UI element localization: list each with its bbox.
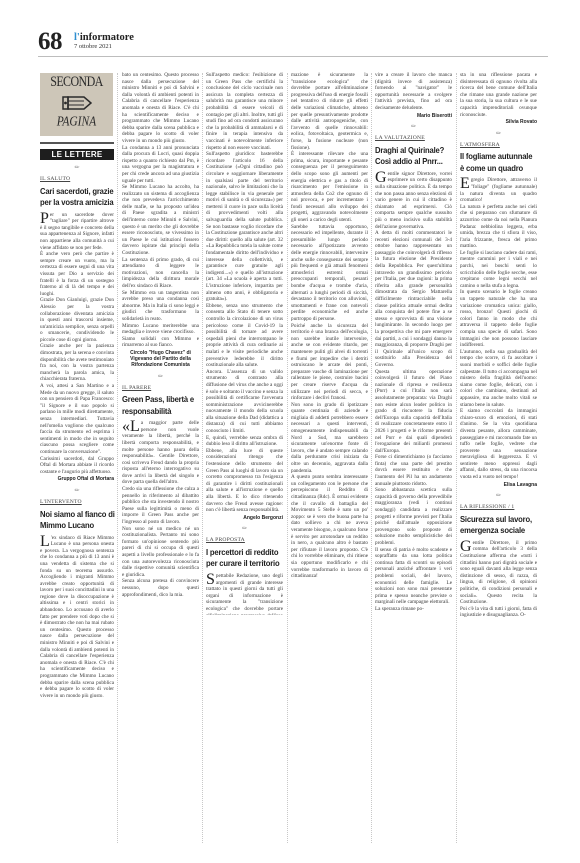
article-body: E, quindi, verrebbe senza ombra di dubbi…	[206, 435, 283, 448]
article-kicker: LA PROPOSTA	[206, 537, 283, 544]
article-body-clip: L'ex sindaco di Riace Mimmo Lucano è una…	[40, 535, 114, 795]
article-body: Le foglie si lasciano cadere dai rami, m…	[460, 250, 537, 290]
article-body: Carissimi sacerdoti, dal Gruppo Oftal di…	[40, 456, 114, 476]
article-body: Credo sia una riflessione che calza a pe…	[122, 486, 199, 526]
article-body: Poi c'è la vita di tutti i giorni, fatta…	[460, 606, 537, 619]
drop-cap: P	[40, 213, 49, 225]
article-body: «La maggior parte delle persone non vuol…	[122, 420, 199, 486]
article-kicker: LA VALUTAZIONE	[375, 135, 452, 142]
article-body: Sull'aspetto giuridico: basterebbe ricor…	[206, 151, 283, 303]
article-body: Gentile signor Direttore, vorrei esprime…	[375, 171, 452, 230]
article-body: Gentile Direttore, il primo comma dell'a…	[460, 540, 537, 606]
article-body: Per un sacerdote dover "tagliare" per ri…	[40, 212, 114, 252]
article-signature: Gruppo Oftal di Mortara	[40, 476, 114, 483]
issue-date: 7 ottobre 2021	[74, 43, 112, 50]
pencil-icon: ✏	[122, 374, 199, 380]
drop-cap: «L	[122, 421, 140, 433]
article-body: Non sono in grado di ipotizzare quante c…	[291, 402, 368, 475]
article-signature: Angelo Bergonzi	[206, 515, 283, 522]
article-body: Se Mimmo Lucano ha accolto, ha realizzat…	[122, 184, 199, 257]
column-divider	[287, 73, 288, 843]
article-body: Questa ultima operazione coinvolgerà il …	[375, 369, 452, 455]
article-body: In questo scenario le foglie creano un t…	[460, 289, 537, 348]
article-headline: I percettori di reddito per curare il te…	[206, 547, 283, 570]
drop-cap: E	[460, 178, 470, 190]
article-body: È anche vero però che partire è sempre c…	[40, 251, 114, 297]
column-6: sta in una riflessione pacata e disinter…	[460, 72, 537, 619]
box-title-top: SECONDA	[40, 77, 113, 85]
article-body: Non sono né un medico né un costituziona…	[122, 526, 199, 579]
column-3: Sull'aspetto medico: l'esibizione di un …	[206, 72, 283, 615]
article-body: Sull'aspetto medico: l'esibizione di un …	[206, 72, 283, 151]
seconda-pagina-box: SECONDA PAGINA	[40, 73, 113, 136]
page-number: 68	[38, 30, 62, 54]
article-body: E siamo coccolati da immagini chiaro-scu…	[460, 408, 537, 481]
article-body: Mimmo Lucano meriterebbe una medaglia e …	[122, 323, 199, 336]
article-body: Grazie anche per la pazienza dimostrata,…	[40, 343, 114, 383]
drop-cap: L	[40, 536, 50, 548]
section-label-le-lettere: LE LETTERE	[40, 149, 114, 160]
article-signature: Silvia Rovato	[460, 119, 537, 126]
article-body: mazione è sicuramente la "transizione ec…	[291, 72, 368, 151]
pencil-icon: ✏	[460, 131, 537, 137]
drop-cap: G	[375, 172, 387, 184]
article-body: bato un centesimo. Questo processo nasce…	[122, 72, 199, 145]
article-body: La natura è perfetta anche nei cieli che…	[460, 204, 537, 250]
article-body: Siamo solidali con Mimmo e rimarremo al …	[122, 336, 199, 349]
article-body: Il senso di patria è molto scadente e so…	[375, 547, 452, 606]
article-headline: Draghi al Quirinale? Così addio al Pnrr.…	[375, 145, 452, 168]
article-body: Grazie Don Gianluigi, grazie Don Alessio…	[40, 297, 114, 343]
column-4: mazione è sicuramente la "transizione ec…	[291, 72, 368, 847]
pencil-icon: ✏	[40, 488, 114, 494]
pencil-icon	[62, 95, 92, 111]
article-body: Ancora. L'assenza di un valido strumento…	[206, 369, 283, 435]
article-body: Sono abbastanza scettica sulla capacità …	[375, 487, 452, 546]
article-body: È interessante rilevare che una prima, s…	[291, 151, 368, 224]
article-body: Forse ci dimentichiamo (o facciamo finta…	[375, 454, 452, 487]
column-divider	[371, 73, 372, 843]
column-divider	[202, 73, 203, 843]
column-5: vire a creare il lavoro che manca (digni…	[375, 72, 452, 831]
article-body: vire a creare il lavoro che manca (digni…	[375, 72, 452, 112]
article-body: L'ex sindaco di Riace Mimmo Lucano è una…	[40, 535, 114, 700]
article-body: Ebbene, senza uno strumento che consenta…	[206, 303, 283, 369]
article-signature: Mario Biserotti	[375, 113, 452, 120]
article-headline: Noi siamo al fianco di Mimmo Lucano	[40, 509, 117, 532]
article-signature: Elisa Lavagna	[460, 482, 537, 489]
drop-cap: S	[206, 574, 215, 586]
column-2: bato un centesimo. Questo processo nasce…	[122, 72, 199, 598]
pencil-icon: ✏	[460, 493, 537, 499]
article-body: La speranza rimane po-	[375, 606, 452, 613]
article-body: sta in una riflessione pacata e disinter…	[460, 72, 537, 118]
article-body-clip: Gentile signor Direttore, vorrei esprime…	[375, 171, 452, 831]
article-body: Spettabile Redazione, uno degli argoment…	[206, 573, 283, 615]
article-kicker: IL SALUTO	[40, 176, 114, 183]
article-body: Sarebbe tuttavia opportuno, necessario e…	[291, 224, 368, 323]
article-body: A voi, attesi a San Martino e a Mede da …	[40, 383, 114, 456]
box-title-bottom: PAGINA	[40, 118, 113, 126]
article-headline: Il fogliame autunnale è come un quadro	[460, 151, 537, 174]
page-header: 68 l'informatore 7 ottobre 2021	[38, 30, 548, 57]
article-kicker: LA RIFLESSIONE / 1	[460, 504, 537, 511]
article-signature: Circolo "Hugo Chavez" di Vigevano del Pa…	[122, 350, 199, 369]
newspaper-masthead: l'informatore	[74, 32, 134, 43]
pencil-icon: ✏	[40, 165, 114, 171]
article-body: L'autunno, nella sua gradualità del temp…	[460, 349, 537, 408]
article-body: La sentenza di primo grado, di cui atten…	[122, 257, 199, 290]
pencil-icon: ✏	[206, 526, 283, 532]
article-body-clip: mazione è sicuramente la "transizione ec…	[291, 72, 368, 847]
article-body: Egregio Direttore, attraverso il "foliag…	[460, 177, 537, 203]
article-body: Ebbene, alla luce di queste considerazio…	[206, 448, 283, 514]
article-body: La condanna a 13 anni pronunciata dalla …	[122, 145, 199, 185]
pencil-icon: ✏	[375, 124, 452, 130]
article-body-clip: Spettabile Redazione, uno degli argoment…	[206, 573, 283, 615]
article-kicker: IL PARERE	[122, 385, 199, 392]
article-body: Poiché anche la sicurezza del territorio…	[291, 323, 368, 402]
article-body: Se Mimmo era un tangentista non avrebbe …	[122, 290, 199, 323]
column-divider	[456, 73, 457, 843]
article-kicker: L'ATMOSFERA	[460, 142, 537, 149]
article-kicker: L'INTERVENTO	[40, 499, 114, 506]
article-body: A detta di molti commentatori le recenti…	[375, 230, 452, 368]
article-body: A questo punto sembra interessante un co…	[291, 474, 368, 580]
drop-cap: G	[460, 541, 472, 553]
article-body: Senza alcuna pretesa di convincere nessu…	[122, 578, 199, 598]
article-headline: Sicurezza sul lavoro, emergenza sociale	[460, 514, 537, 537]
article-headline: Cari sacerdoti, grazie per la vostra ami…	[40, 186, 117, 209]
article-headline: Green Pass, libertà e responsabilità	[122, 394, 199, 417]
column-1: SECONDA PAGINA LE LETTERE ✏ IL SALUTO Ca…	[40, 73, 114, 795]
section-rule	[40, 142, 114, 144]
